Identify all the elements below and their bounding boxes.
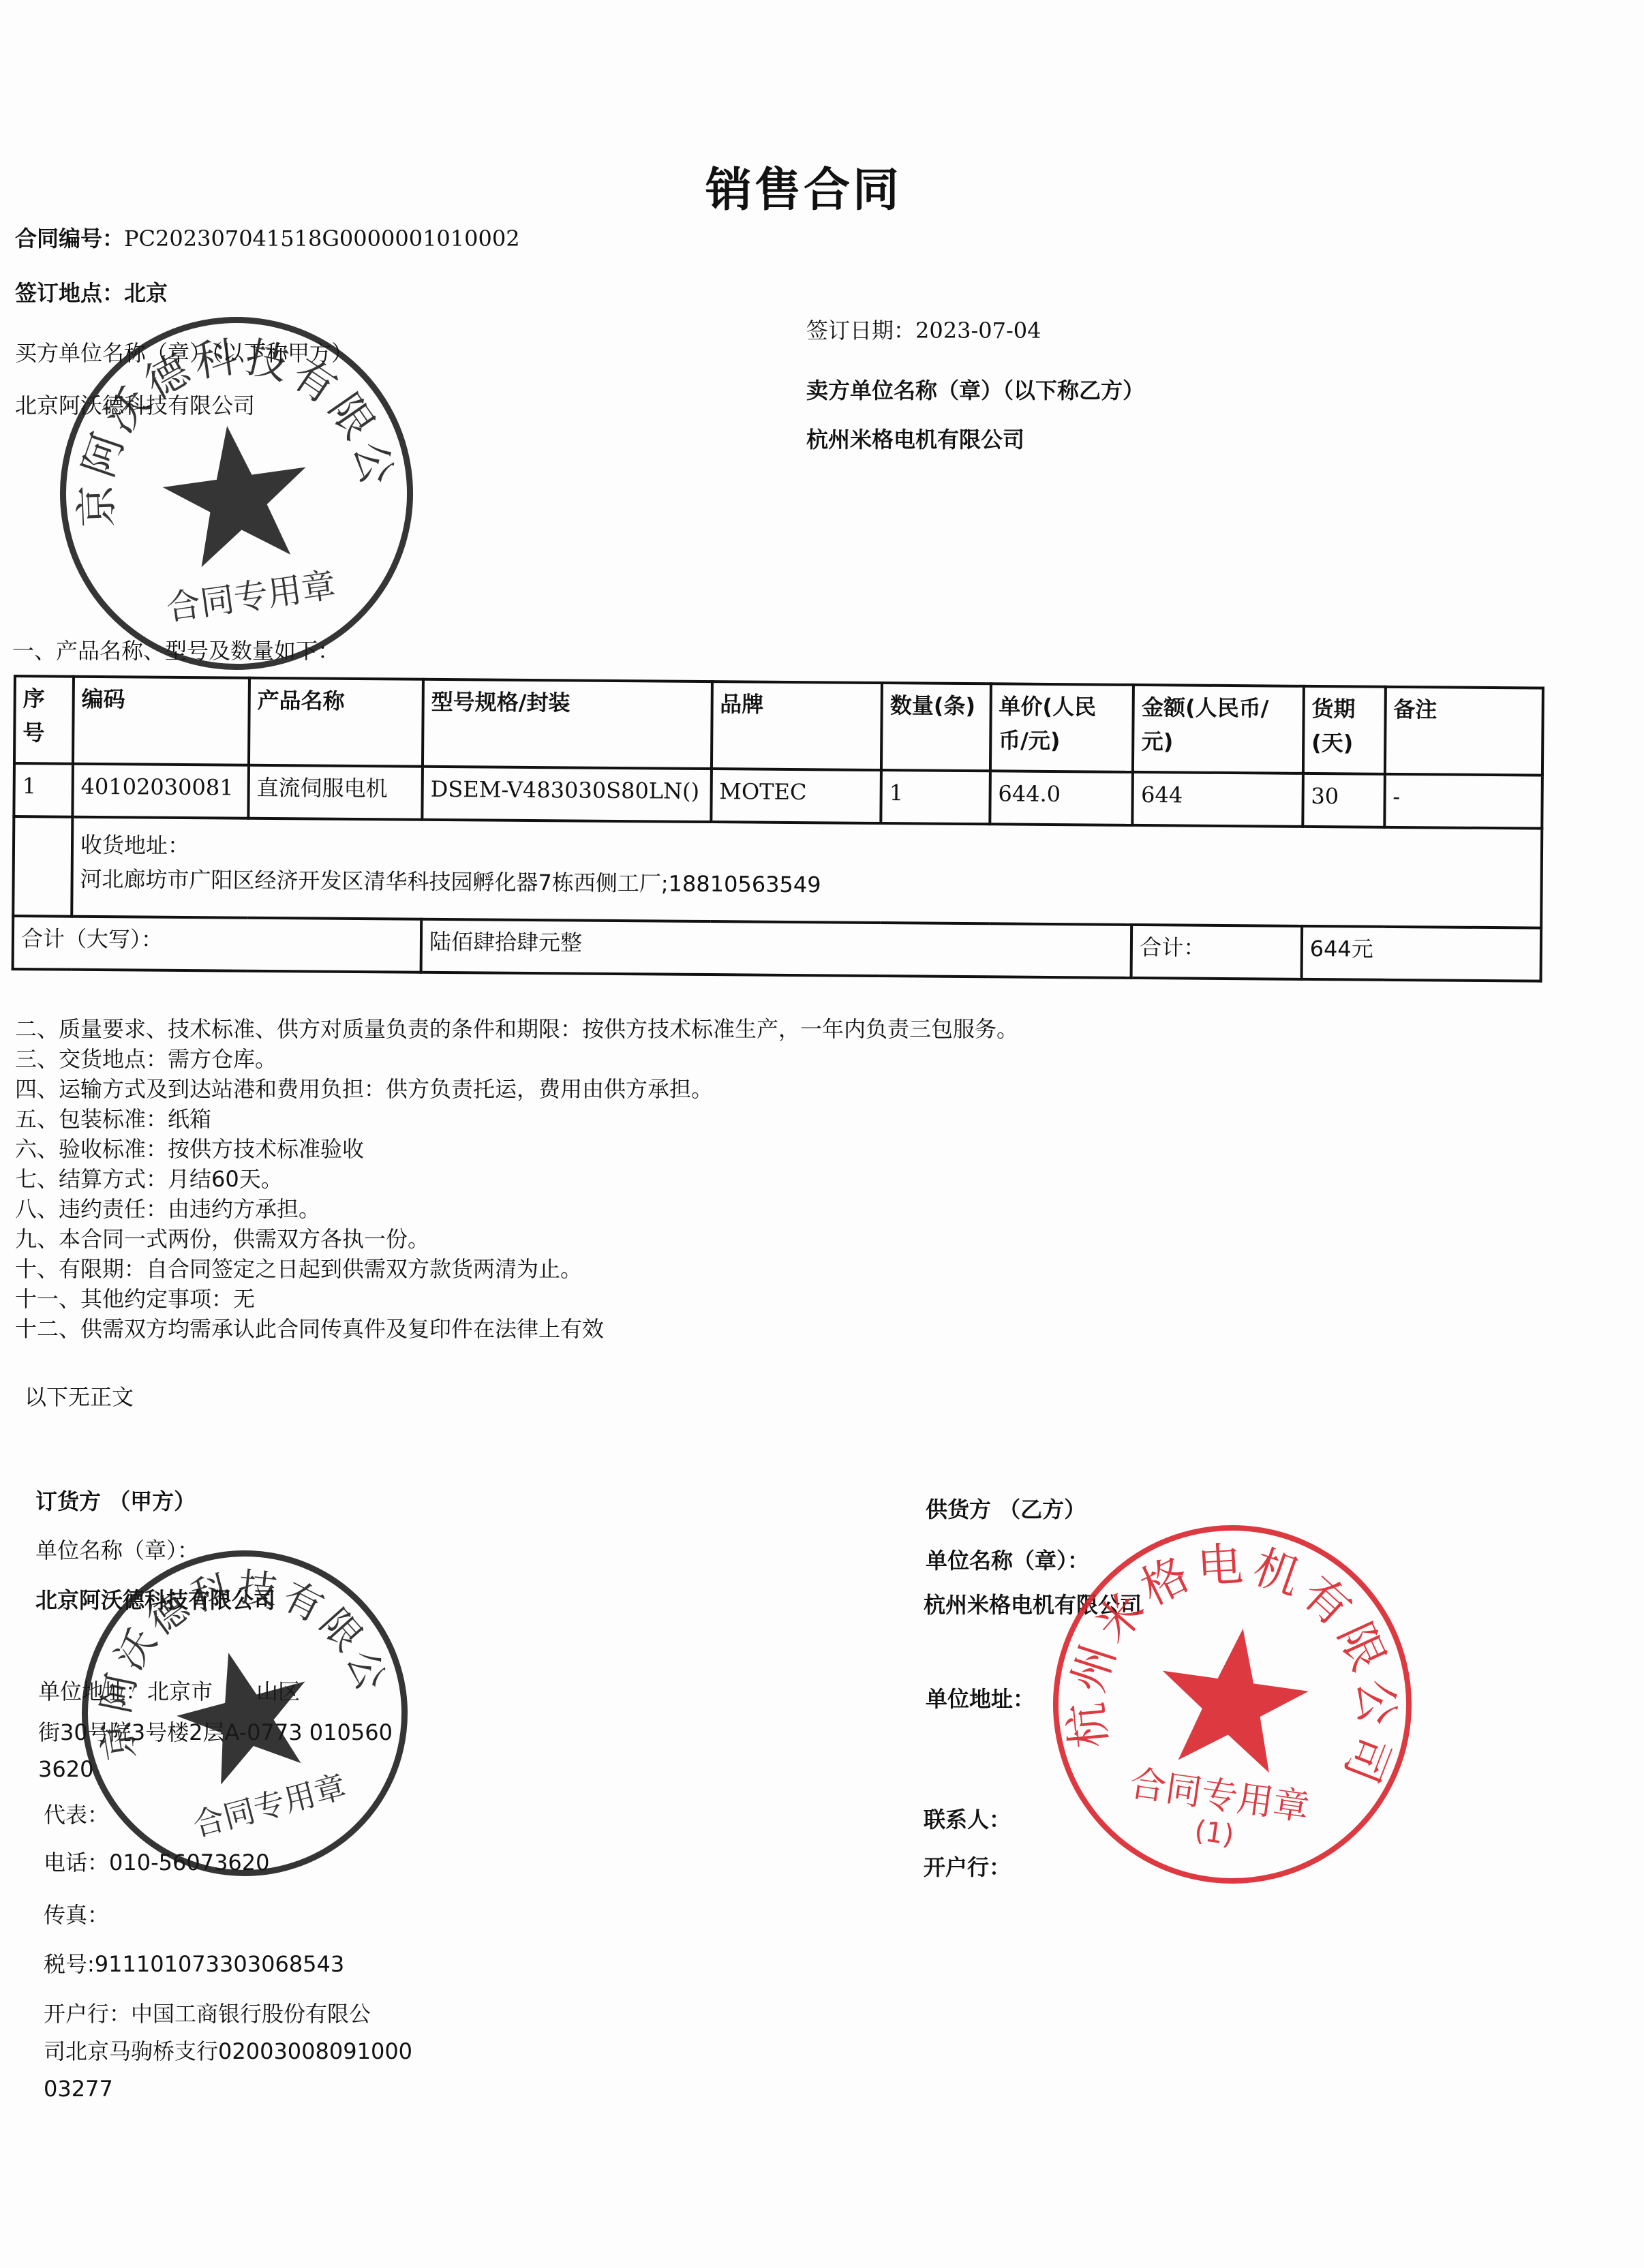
contract-number: 合同编号：PC202307041518G0000001010002 (15, 225, 520, 252)
cell-remark: - (1384, 774, 1542, 829)
clause-8: 八、违约责任：由违约方承担。 (15, 1195, 1018, 1223)
seller-contact-label: 联系人： (924, 1806, 1011, 1833)
svg-text:(1): (1) (1193, 1813, 1236, 1852)
sign-place: 签订地点：北京 (15, 279, 168, 307)
clause-7: 七、结算方式：月结60天。 (15, 1165, 1018, 1193)
clauses-list: 二、质量要求、技术标准、供方对质量负责的条件和期限：按供方技术标准生产，一年内负… (15, 1015, 1018, 1345)
buyer-address-line3: 3620 (38, 1756, 93, 1783)
seller-address-label: 单位地址： (926, 1685, 1035, 1713)
clause-4: 四、运输方式及到达站港和费用负担：供方负责托运，费用由供方承担。 (15, 1075, 1018, 1103)
contract-number-value: PC202307041518G0000001010002 (124, 226, 520, 251)
cell-product-name: 直流伺服电机 (248, 765, 423, 820)
cell-amount: 644 (1133, 772, 1303, 827)
cell-lead-time: 30 (1303, 773, 1384, 827)
seller-bank-label: 开户行： (924, 1854, 1011, 1881)
svg-text:合同专用章: 合同专用章 (189, 1768, 350, 1844)
sign-date-label: 签订日期： (806, 318, 915, 343)
clause-3: 三、交货地点：需方仓库。 (15, 1045, 1018, 1073)
sign-place-label: 签订地点： (15, 280, 124, 306)
buyer-rep-label: 代表： (44, 1801, 109, 1828)
buyer-block-name-label: 单位名称（章）： (35, 1537, 199, 1564)
svg-text:合同专用章: 合同专用章 (164, 565, 338, 628)
col-header-brand: 品牌 (711, 681, 882, 770)
seal-artwork: 北京阿沃德科技有限公司 合同专用章 (52, 1521, 436, 1905)
col-header-quantity: 数量(条) (881, 683, 991, 771)
cell-brand: MOTEC (711, 769, 881, 823)
cell-model: DSEM-V483030S80LN() (422, 767, 711, 822)
cell-quantity: 1 (881, 770, 990, 824)
page-title: 销售合同 (705, 153, 902, 219)
col-header-amount: 金额(人民币/元) (1133, 685, 1303, 773)
clause-12: 十二、供需双方均需承认此合同传真件及复印件在法律上有效 (15, 1315, 1018, 1343)
seal-artwork: 杭州米格电机有限公司 合同专用章 (1) (1036, 1508, 1429, 1901)
contract-number-label: 合同编号： (15, 226, 124, 251)
end-note: 以下无正文 (25, 1383, 134, 1411)
col-header-remark: 备注 (1385, 687, 1543, 776)
seller-company-seal: 杭州米格电机有限公司 合同专用章 (1) (1030, 1502, 1435, 1907)
product-table: 序号 编码 产品名称 型号规格/封装 品牌 数量(条) 单价(人民币/元) 金额… (12, 675, 1544, 983)
clause-6: 六、验收标准：按供方技术标准验收 (15, 1135, 1018, 1163)
cell-index: 1 (14, 763, 72, 817)
col-header-index: 序号 (14, 676, 74, 764)
buyer-bank-line3: 03277 (44, 2075, 113, 2102)
buyer-block-heading: 订货方 （甲方） (35, 1488, 196, 1515)
col-header-product-name: 产品名称 (249, 678, 423, 767)
col-header-unit-price: 单价(人民币/元) (990, 684, 1134, 772)
total-upper-label: 合计（大写）： (13, 916, 422, 972)
clause-2: 二、质量要求、技术标准、供方对质量负责的条件和期限：按供方技术标准生产，一年内负… (15, 1015, 1018, 1043)
col-header-lead-time: 货期(天) (1303, 686, 1386, 774)
clause-10: 十、有限期：自合同签定之日起到供需双方款货两清为止。 (15, 1255, 1018, 1283)
col-header-model: 型号规格/封装 (423, 679, 712, 769)
seller-name: 杭州米格电机有限公司 (806, 426, 1024, 453)
seller-block-heading: 供货方 （乙方） (926, 1496, 1086, 1523)
clause-11: 十一、其他约定事项：无 (15, 1285, 1018, 1313)
buyer-company-seal: 北京阿沃德科技有限公司 合同专用章 (37, 294, 436, 692)
seller-label: 卖方单位名称（章）（以下称乙方） (806, 377, 1144, 404)
cell-unit-price: 644.0 (990, 771, 1133, 825)
star-icon (155, 416, 318, 571)
total-row: 合计（大写）： 陆佰肆拾肆元整 合计： 644元 (13, 916, 1542, 981)
clause-9: 九、本合同一式两份，供需双方各执一份。 (15, 1225, 1018, 1253)
cell-code: 40102030081 (72, 764, 249, 818)
star-icon (164, 1636, 325, 1791)
sign-date-value: 2023-07-04 (915, 318, 1041, 343)
col-header-code: 编码 (73, 677, 249, 765)
buyer-fax-label: 传真： (44, 1901, 109, 1929)
sign-date: 签订日期：2023-07-04 (806, 317, 1041, 344)
total-label: 合计： (1131, 925, 1302, 979)
sign-place-value: 北京 (124, 280, 168, 306)
clause-5: 五、包装标准：纸箱 (15, 1105, 1018, 1133)
address-row: 收货地址： 河北廊坊市广阳区经济开发区清华科技园孵化器7栋西侧工厂;188105… (13, 816, 1542, 928)
buyer-tax-number: 税号:911101073303068543 (44, 1950, 344, 1978)
total-value: 644元 (1301, 926, 1541, 981)
total-upper-value: 陆佰肆拾肆元整 (421, 919, 1132, 978)
buyer-bank-line2: 司北京马驹桥支行02003008091000 (44, 2038, 412, 2065)
buyer-bank-line1: 开户行：中国工商银行股份有限公 (44, 2000, 371, 2027)
star-icon (1151, 1619, 1316, 1777)
seal-artwork: 北京阿沃德科技有限公司 合同专用章 (44, 301, 429, 686)
seller-block-name-label: 单位名称（章）： (926, 1547, 1089, 1574)
table-header-row: 序号 编码 产品名称 型号规格/封装 品牌 数量(条) 单价(人民币/元) 金额… (14, 676, 1543, 776)
